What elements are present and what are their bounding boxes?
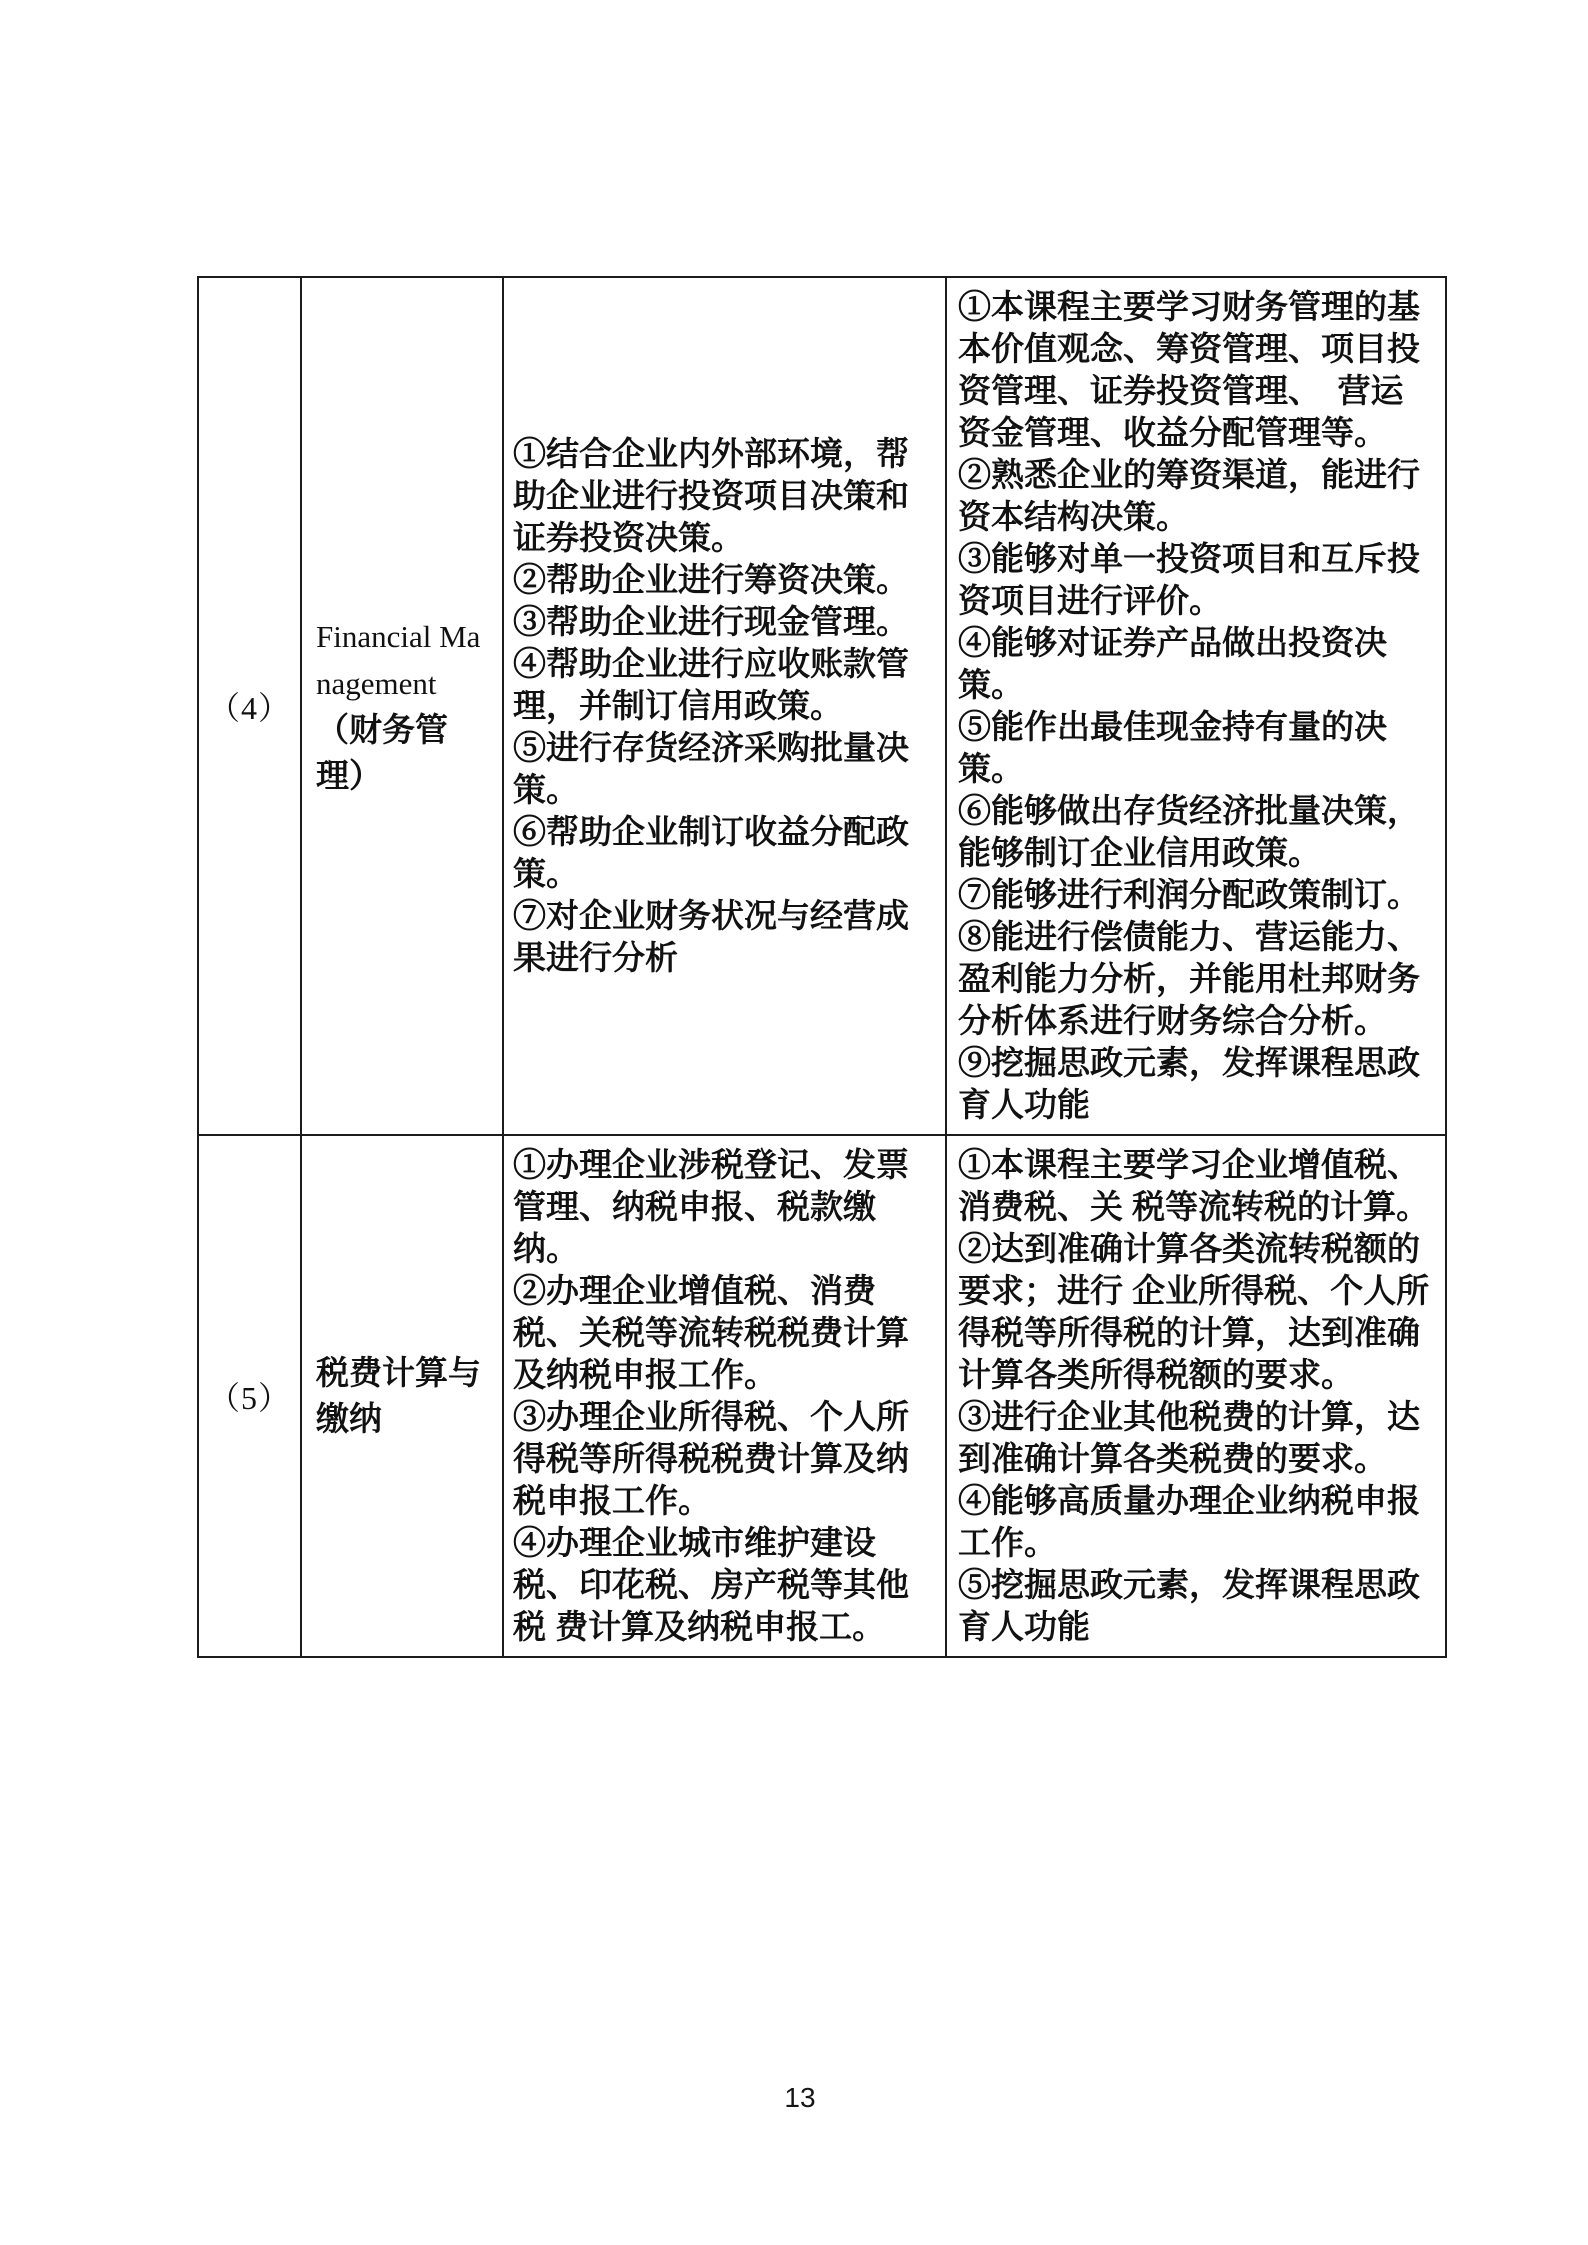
- task-item: ①办理企业涉税登记、发票 管理、纳税申报、税款缴纳。: [513, 1144, 938, 1270]
- course-name-cell: Financial Management（财务管理）: [301, 277, 503, 1135]
- goal-item: ⑨挖掘思政元素，发挥课程思政育人功能: [958, 1042, 1436, 1126]
- task-item: ②帮助企业进行筹资决策。: [513, 559, 938, 601]
- goal-item: ⑤挖掘思政元素，发挥课程思政育人功能: [958, 1564, 1436, 1648]
- goal-item: ⑧能进行偿债能力、营运能力、盈利能力分析，并能用杜邦财务分析体系进行财务综合分析…: [958, 916, 1436, 1042]
- goal-item: ③能够对单一投资项目和互斥投资项目进行评价。: [958, 538, 1436, 622]
- row-index-cell: （5）: [198, 1135, 301, 1657]
- goal-item: ④能够对证券产品做出投资决策。: [958, 622, 1436, 706]
- table-row-4: （4） Financial Management（财务管理） ①结合企业内外部环…: [198, 277, 1446, 1135]
- course-tasks-cell: ①结合企业内外部环境，帮助企业进行投资项目决策和证券投资决策。 ②帮助企业进行筹…: [503, 277, 946, 1135]
- course-tasks-cell: ①办理企业涉税登记、发票 管理、纳税申报、税款缴纳。 ②办理企业增值税、消费 税…: [503, 1135, 946, 1657]
- task-item: ③帮助企业进行现金管理。: [513, 601, 938, 643]
- task-item: ⑤进行存货经济采购批量决策。: [513, 727, 938, 811]
- course-name-en: Financial Management: [316, 619, 480, 701]
- goal-item: ③进行企业其他税费的计算，达到准确计算各类税费的要求。: [958, 1396, 1436, 1480]
- task-item: ⑥帮助企业制订收益分配政策。: [513, 811, 938, 895]
- goal-item: ②熟悉企业的筹资渠道，能进行资本结构决策。: [958, 454, 1436, 538]
- task-item: ①结合企业内外部环境，帮助企业进行投资项目决策和证券投资决策。: [513, 433, 938, 559]
- task-item: ④办理企业城市维护建设 税、印花税、房产税等其他税 费计算及纳税申报工。: [513, 1522, 938, 1648]
- row-index-label: （4）: [208, 690, 291, 726]
- goal-item: ①本课程主要学习企业增值税、消费税、关 税等流转税的计算。: [958, 1144, 1436, 1228]
- course-goals-cell: ①本课程主要学习财务管理的基本价值观念、筹资管理、项目投资管理、证券投资管理、 …: [946, 277, 1446, 1135]
- table-row-5: （5） 税费计算与缴纳 ①办理企业涉税登记、发票 管理、纳税申报、税款缴纳。 ②…: [198, 1135, 1446, 1657]
- goal-item: ⑦能够进行利润分配政策制订。: [958, 874, 1436, 916]
- row-index-cell: （4）: [198, 277, 301, 1135]
- goal-item: ①本课程主要学习财务管理的基本价值观念、筹资管理、项目投资管理、证券投资管理、 …: [958, 286, 1436, 454]
- page-number: 13: [0, 2082, 1588, 2114]
- course-goals-cell: ①本课程主要学习企业增值税、消费税、关 税等流转税的计算。 ②达到准确计算各类流…: [946, 1135, 1446, 1657]
- goal-item: ⑤能作出最佳现金持有量的决策。: [958, 706, 1436, 790]
- course-table: （4） Financial Management（财务管理） ①结合企业内外部环…: [197, 276, 1447, 1658]
- task-item: ④帮助企业进行应收账款管理，并制订信用政策。: [513, 643, 938, 727]
- task-item: ②办理企业增值税、消费 税、关税等流转税税费计算及纳税申报工作。: [513, 1270, 938, 1396]
- course-name-zh: 税费计算与缴纳: [316, 1354, 481, 1437]
- task-item: ⑦对企业财务状况与经营成果进行分析: [513, 895, 938, 979]
- goal-item: ⑥能够做出存货经济批量决策，能够制订企业信用政策。: [958, 790, 1436, 874]
- goal-item: ④能够高质量办理企业纳税申报工作。: [958, 1480, 1436, 1564]
- course-name-cell: 税费计算与缴纳: [301, 1135, 503, 1657]
- row-index-label: （5）: [208, 1380, 291, 1416]
- goal-item: ②达到准确计算各类流转税额的要求；进行 企业所得税、个人所得税等所得税的计算，达…: [958, 1228, 1436, 1396]
- course-name-zh: （财务管理）: [316, 711, 448, 794]
- task-item: ③办理企业所得税、个人所 得税等所得税税费计算及纳税申报工作。: [513, 1396, 938, 1522]
